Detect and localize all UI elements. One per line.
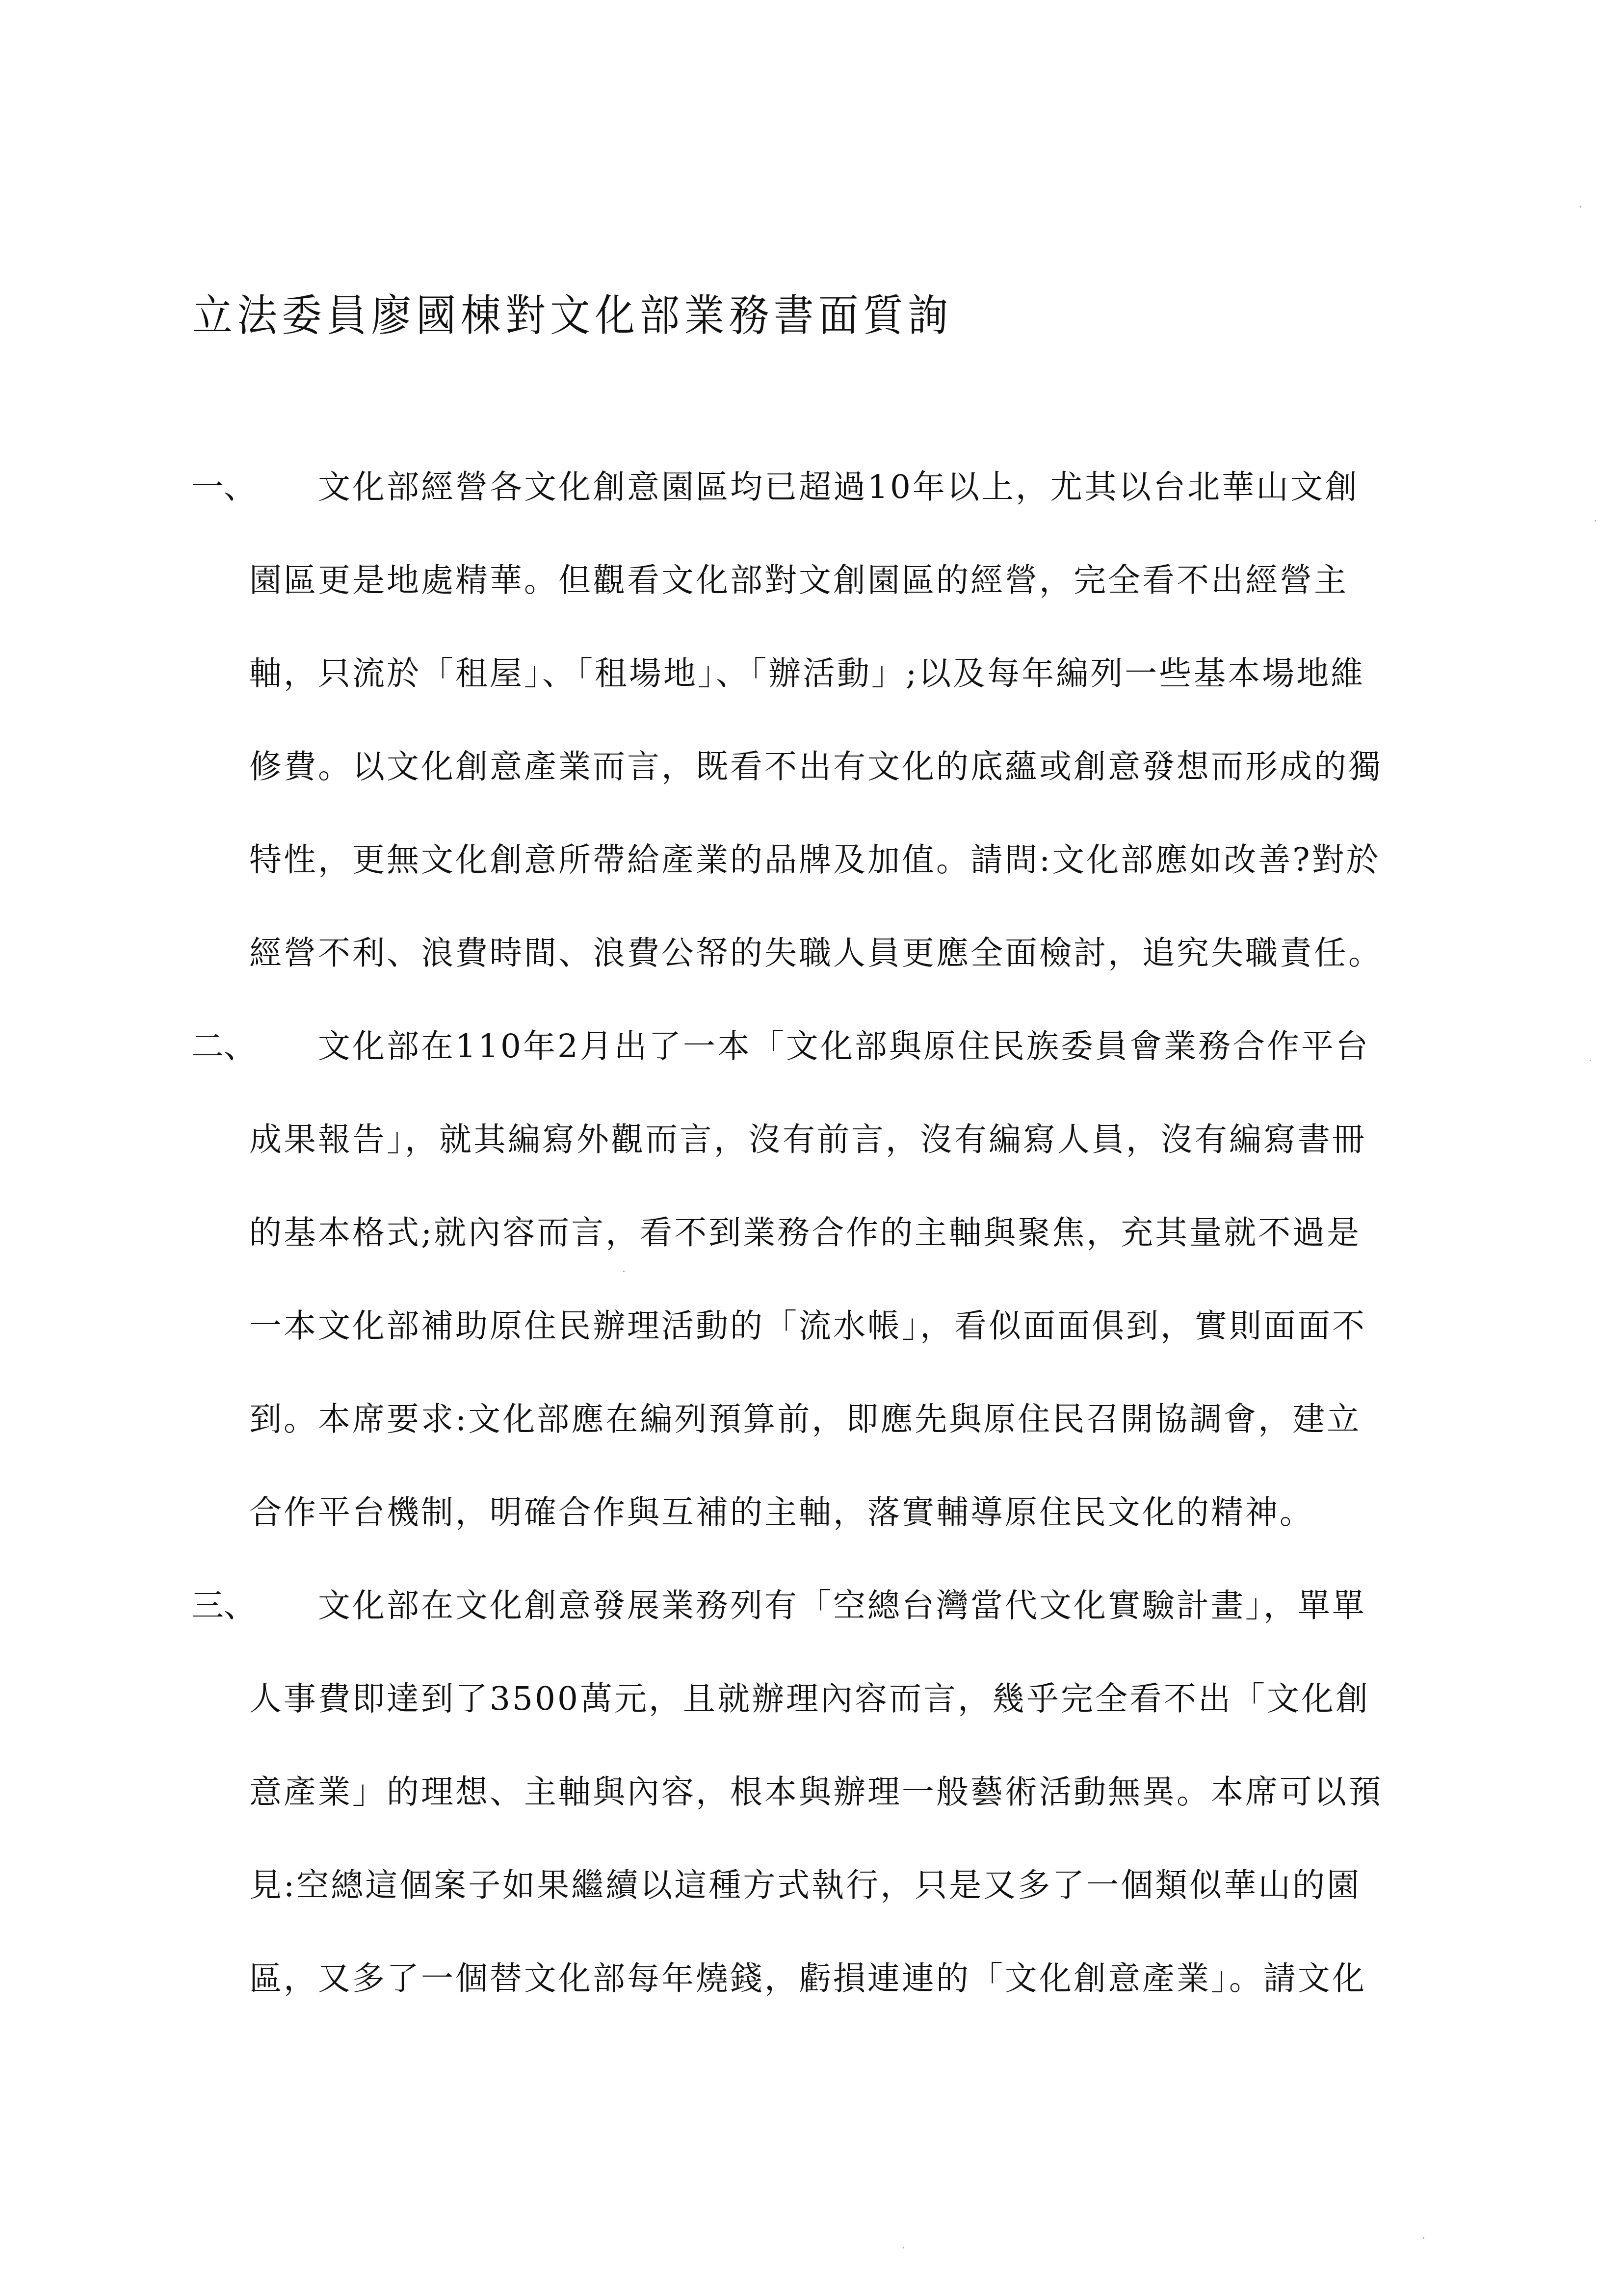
section-marker: 一、 xyxy=(191,471,256,503)
paragraph-line: 特性，更無文化創意所帶給產業的品牌及加值。請問:文化部應如改善?對於 xyxy=(249,844,1381,876)
paragraph-line: 文化部在文化創意發展業務列有「空總台灣當代文化實驗計畫」，單單 xyxy=(318,1590,1366,1622)
paragraph-line: 意產業」的理想、主軸與內容，根本與辦理一般藝術活動無異。本席可以預 xyxy=(249,1776,1383,1808)
scan-speck xyxy=(903,2247,904,2248)
paragraph-line: 成果報告」，就其編寫外觀而言，沒有前言，沒有編寫人員，沒有編寫書冊 xyxy=(249,1123,1366,1156)
paragraph-line: 經營不利、浪費時間、浪費公帑的失職人員更應全面檢討，追究失職責任。 xyxy=(249,937,1383,969)
paragraph-line: 人事費即達到了3500萬元，且就辦理內容而言，幾乎完全看不出「文化創 xyxy=(249,1683,1370,1715)
paragraph-line: 文化部經營各文化創意園區均已超過10年以上，尤其以台北華山文創 xyxy=(318,471,1359,503)
paragraph-line: 合作平台機制，明確合作與互補的主軸，落實輔導原住民文化的精神。 xyxy=(249,1496,1314,1529)
paragraph-line: 園區更是地處精華。但觀看文化部對文創園區的經營，完全看不出經營主 xyxy=(249,564,1348,597)
section-marker: 三、 xyxy=(191,1590,256,1622)
paragraph-line: 到。本席要求:文化部應在編列預算前，即應先與原住民召開協調會，建立 xyxy=(249,1403,1361,1435)
scan-speck xyxy=(1590,1060,1591,1061)
paragraph-line: 修費。以文化創意產業而言，既看不出有文化的底蘊或創意發想而形成的獨 xyxy=(249,751,1383,783)
paragraph-line: 一本文化部補助原住民辦理活動的「流水帳」，看似面面俱到，實則面面不 xyxy=(249,1310,1366,1342)
section-marker: 二、 xyxy=(191,1030,256,1063)
scan-speck xyxy=(1580,206,1581,208)
paragraph-line: 軸，只流於「租屋」、「租場地」、「辦活動」;以及每年編列一些基本場地維 xyxy=(249,657,1365,690)
scan-speck xyxy=(1423,2237,1424,2239)
document-title: 立法委員廖國棟對文化部業務書面質詢 xyxy=(192,294,952,337)
paragraph-line: 的基本格式;就內容而言，看不到業務合作的主軸與聚焦，充其量就不過是 xyxy=(249,1217,1361,1249)
paragraph-line: 區，又多了一個替文化部每年燒錢，虧損連連的「文化創意產業」。請文化 xyxy=(249,1962,1366,1995)
paragraph-line: 文化部在110年2月出了一本「文化部與原住民族委員會業務合作平台 xyxy=(318,1030,1370,1063)
scan-speck xyxy=(1595,520,1596,522)
paragraph-line: 見:空總這個案子如果繼續以這種方式執行，只是又多了一個類似華山的園 xyxy=(249,1869,1361,1902)
document-page: 立法委員廖國棟對文化部業務書面質詢 一、 文化部經營各文化創意園區均已超過10年… xyxy=(0,0,1624,2296)
scan-speck xyxy=(623,1271,625,1272)
